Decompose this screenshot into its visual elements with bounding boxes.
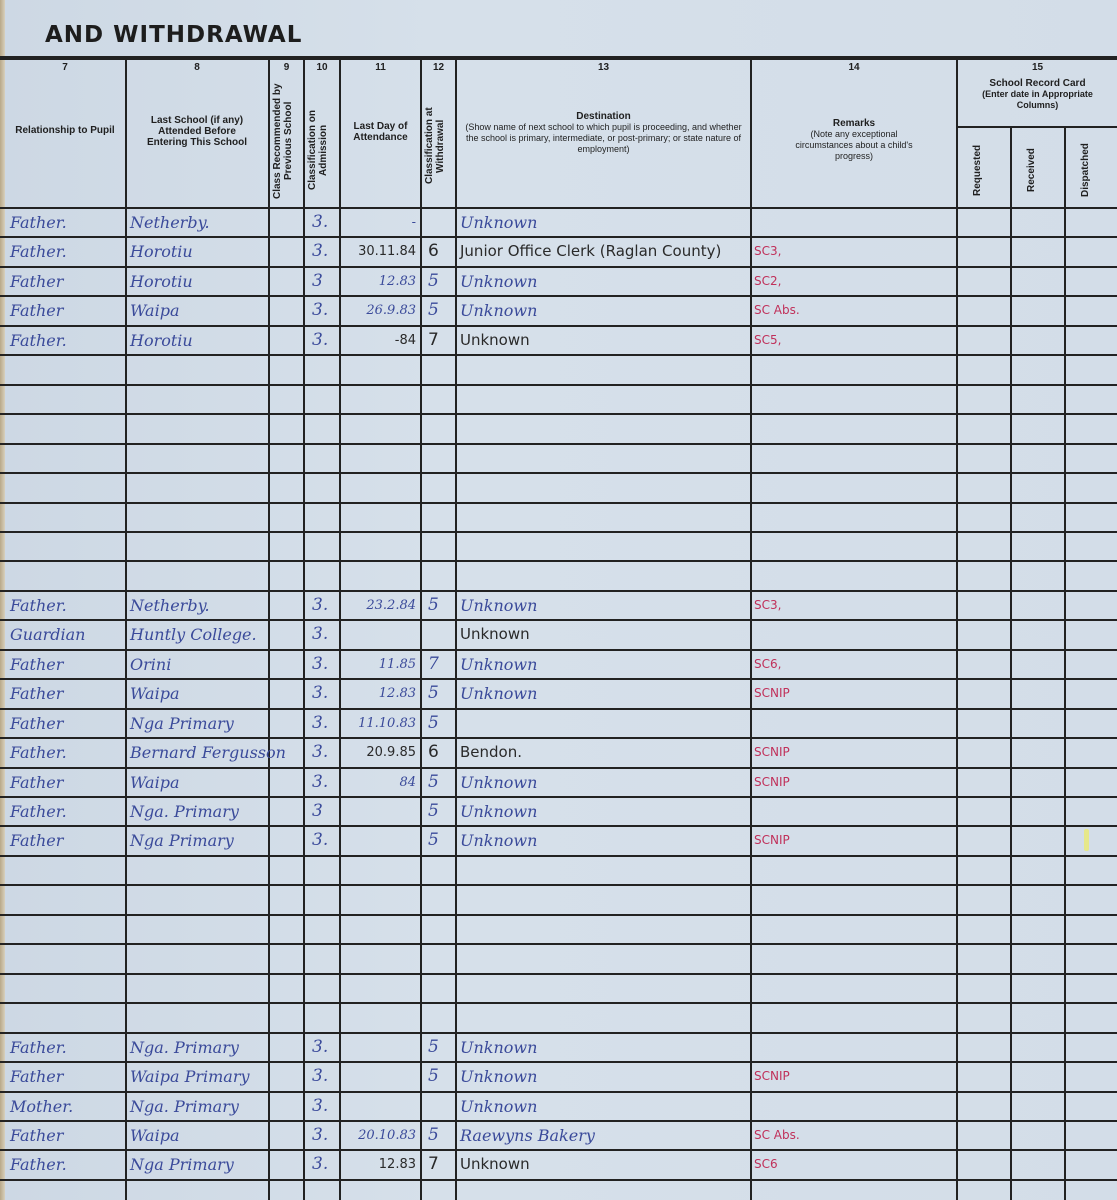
relationship-cell: Father.: [10, 1033, 123, 1062]
remarks-cell: SCNIP: [754, 826, 874, 855]
class-admission-cell: 3.: [312, 237, 338, 266]
destination-cell: [460, 709, 750, 738]
column-rule: [956, 57, 958, 1200]
destination-cell: Unknown: [460, 1092, 750, 1121]
class-admission-cell: 3.: [312, 296, 338, 325]
class-withdrawal-cell: 5: [428, 768, 452, 797]
destination-cell: Unknown: [460, 768, 750, 797]
destination-cell: Unknown: [460, 267, 750, 296]
remarks-cell: SC Abs.: [754, 1121, 874, 1150]
col-11-header: 11 Last Day of Attendance: [341, 62, 420, 143]
col-14-header: 14 Remarks (Note any exceptional circums…: [752, 62, 956, 162]
row-rule: [0, 973, 1117, 975]
col-12-label: Classification at Withdrawal: [424, 92, 454, 200]
last-day-cell: 20.9.85: [342, 738, 416, 767]
column-rule: [125, 57, 127, 1200]
last-day-cell: -84: [342, 326, 416, 355]
last-school-cell: Orini: [130, 650, 280, 679]
last-school-cell: Nga. Primary: [130, 1092, 280, 1121]
class-withdrawal-cell: [428, 1092, 452, 1121]
remarks-cell: [754, 208, 874, 237]
last-day-cell: 11.85: [342, 650, 416, 679]
relationship-cell: Father: [10, 679, 123, 708]
last-day-cell: [342, 1033, 416, 1062]
last-school-cell: Waipa: [130, 296, 280, 325]
class-withdrawal-cell: 5: [428, 679, 452, 708]
remarks-cell: SCNIP: [754, 679, 874, 708]
class-withdrawal-cell: 5: [428, 797, 452, 826]
class-admission-cell: 3.: [312, 1033, 338, 1062]
header-top-rule-2: [0, 58, 1117, 60]
col-15-dispatched-label: Dispatched: [1080, 140, 1104, 200]
class-admission-cell: 3.: [312, 709, 338, 738]
column-rule: [339, 57, 341, 1200]
last-day-cell: 30.11.84: [342, 237, 416, 266]
class-withdrawal-cell: 5: [428, 1062, 452, 1091]
destination-cell: Unknown: [460, 797, 750, 826]
class-withdrawal-cell: 5: [428, 1121, 452, 1150]
remarks-cell: SC Abs.: [754, 296, 874, 325]
row-rule: [0, 914, 1117, 916]
class-admission-cell: 3.: [312, 650, 338, 679]
class-admission-cell: 3.: [312, 738, 338, 767]
remarks-cell: SC5,: [754, 326, 874, 355]
page-binding-edge: [0, 0, 5, 1200]
col-9-label: Class Recommended by Previous School: [272, 80, 302, 202]
class-withdrawal-cell: 7: [428, 326, 452, 355]
relationship-cell: Guardian: [10, 620, 123, 649]
remarks-cell: SC6,: [754, 650, 874, 679]
class-withdrawal-cell: 5: [428, 1033, 452, 1062]
row-rule: [0, 443, 1117, 445]
remarks-cell: [754, 1092, 874, 1121]
relationship-cell: Father.: [10, 1150, 123, 1179]
column-rule: [303, 57, 305, 1200]
last-day-cell: 12.83: [342, 1150, 416, 1179]
destination-cell: Unknown: [460, 650, 750, 679]
last-day-cell: 84: [342, 768, 416, 797]
column-rule: [1010, 126, 1012, 1200]
last-school-cell: Waipa Primary: [130, 1062, 280, 1091]
row-rule: [0, 943, 1117, 945]
relationship-cell: Father: [10, 826, 123, 855]
relationship-cell: Father.: [10, 208, 123, 237]
row-rule: [0, 413, 1117, 415]
last-school-cell: Nga Primary: [130, 709, 280, 738]
last-school-cell: Huntly College.: [130, 620, 280, 649]
destination-cell: Unknown: [460, 296, 750, 325]
row-rule: [0, 560, 1117, 562]
last-day-cell: 23.2.84: [342, 591, 416, 620]
relationship-cell: Father: [10, 267, 123, 296]
last-school-cell: Waipa: [130, 1121, 280, 1150]
relationship-cell: Father.: [10, 738, 123, 767]
last-school-cell: Waipa: [130, 679, 280, 708]
last-school-cell: Horotiu: [130, 267, 280, 296]
remarks-cell: SC3,: [754, 591, 874, 620]
col-12-header: 12: [422, 62, 455, 73]
relationship-cell: Father.: [10, 797, 123, 826]
destination-cell: Bendon.: [460, 738, 750, 767]
class-admission-cell: 3.: [312, 208, 338, 237]
remarks-cell: SCNIP: [754, 768, 874, 797]
highlighter-mark: [1084, 829, 1089, 851]
last-school-cell: Nga Primary: [130, 826, 280, 855]
last-school-cell: Nga. Primary: [130, 1033, 280, 1062]
class-admission-cell: 3.: [312, 326, 338, 355]
class-withdrawal-cell: 5: [428, 591, 452, 620]
col-8-header: 8 Last School (if any) Attended Before E…: [127, 62, 267, 148]
destination-cell: Raewyns Bakery: [460, 1121, 750, 1150]
column-rule: [1064, 126, 1066, 1200]
destination-cell: Unknown: [460, 1150, 750, 1179]
row-rule: [0, 1179, 1117, 1181]
destination-cell: Unknown: [460, 620, 750, 649]
last-school-cell: Horotiu: [130, 237, 280, 266]
last-day-cell: [342, 826, 416, 855]
class-admission-cell: 3.: [312, 620, 338, 649]
col-15-sub-rule: [956, 126, 1117, 128]
class-withdrawal-cell: 7: [428, 650, 452, 679]
row-rule: [0, 884, 1117, 886]
last-school-cell: Bernard Fergusson: [130, 738, 280, 767]
destination-cell: Unknown: [460, 826, 750, 855]
class-withdrawal-cell: 6: [428, 237, 452, 266]
col-15-received-label: Received: [1026, 140, 1050, 200]
class-admission-cell: 3.: [312, 1150, 338, 1179]
relationship-cell: Father: [10, 768, 123, 797]
col-15-header: 15 School Record Card (Enter date in App…: [958, 62, 1117, 111]
class-admission-cell: 3.: [312, 591, 338, 620]
relationship-cell: Father.: [10, 237, 123, 266]
remarks-cell: SCNIP: [754, 738, 874, 767]
remarks-cell: SC2,: [754, 267, 874, 296]
destination-cell: Unknown: [460, 326, 750, 355]
relationship-cell: Father: [10, 296, 123, 325]
last-day-cell: [342, 1062, 416, 1091]
last-day-cell: -: [342, 208, 416, 237]
column-rule: [750, 57, 752, 1200]
destination-cell: Unknown: [460, 591, 750, 620]
relationship-cell: Father: [10, 709, 123, 738]
remarks-cell: [754, 1033, 874, 1062]
class-withdrawal-cell: [428, 620, 452, 649]
class-admission-cell: 3.: [312, 1121, 338, 1150]
class-admission-cell: 3: [312, 797, 338, 826]
class-admission-cell: 3: [312, 267, 338, 296]
row-rule: [0, 502, 1117, 504]
remarks-cell: [754, 797, 874, 826]
last-school-cell: Netherby.: [130, 591, 280, 620]
col-9-header: 9: [270, 62, 303, 73]
col-7-header: 7 Relationship to Pupil: [6, 62, 124, 136]
row-rule: [0, 855, 1117, 857]
remarks-cell: [754, 709, 874, 738]
last-day-cell: 26.9.83: [342, 296, 416, 325]
class-withdrawal-cell: 5: [428, 826, 452, 855]
relationship-cell: Father: [10, 1062, 123, 1091]
remarks-cell: [754, 620, 874, 649]
class-withdrawal-cell: 6: [428, 738, 452, 767]
relationship-cell: Father: [10, 650, 123, 679]
destination-cell: Unknown: [460, 679, 750, 708]
class-admission-cell: 3.: [312, 679, 338, 708]
class-admission-cell: 3.: [312, 826, 338, 855]
last-day-cell: 12.83: [342, 267, 416, 296]
row-rule: [0, 1002, 1117, 1004]
relationship-cell: Father.: [10, 326, 123, 355]
destination-cell: Unknown: [460, 1033, 750, 1062]
page-title: AND WITHDRAWAL: [45, 22, 302, 48]
remarks-cell: SCNIP: [754, 1062, 874, 1091]
class-withdrawal-cell: 5: [428, 709, 452, 738]
class-withdrawal-cell: 5: [428, 296, 452, 325]
class-admission-cell: 3.: [312, 1092, 338, 1121]
destination-cell: Junior Office Clerk (Raglan County): [460, 237, 750, 266]
relationship-cell: Father.: [10, 591, 123, 620]
relationship-cell: Father: [10, 1121, 123, 1150]
col-15-requested-label: Requested: [972, 140, 996, 200]
class-admission-cell: 3.: [312, 768, 338, 797]
class-withdrawal-cell: 5: [428, 267, 452, 296]
col-10-label: Classification on Admission: [307, 100, 337, 200]
row-rule: [0, 384, 1117, 386]
last-day-cell: 12.83: [342, 679, 416, 708]
last-school-cell: Horotiu: [130, 326, 280, 355]
remarks-cell: SC6: [754, 1150, 874, 1179]
last-school-cell: Nga Primary: [130, 1150, 280, 1179]
col-10-header: 10: [305, 62, 339, 73]
last-day-cell: 11.10.83: [342, 709, 416, 738]
last-school-cell: Nga. Primary: [130, 797, 280, 826]
register-page: AND WITHDRAWAL 7 Relationship to Pupil 8…: [0, 0, 1117, 1200]
class-withdrawal-cell: 7: [428, 1150, 452, 1179]
destination-cell: Unknown: [460, 1062, 750, 1091]
relationship-cell: Mother.: [10, 1092, 123, 1121]
col-13-header: 13 Destination (Show name of next school…: [457, 62, 750, 155]
last-school-cell: Netherby.: [130, 208, 280, 237]
last-school-cell: Waipa: [130, 768, 280, 797]
last-day-cell: [342, 620, 416, 649]
row-rule: [0, 472, 1117, 474]
last-day-cell: [342, 1092, 416, 1121]
destination-cell: Unknown: [460, 208, 750, 237]
last-day-cell: [342, 797, 416, 826]
last-day-cell: 20.10.83: [342, 1121, 416, 1150]
remarks-cell: SC3,: [754, 237, 874, 266]
column-rule: [455, 57, 457, 1200]
column-rule: [420, 57, 422, 1200]
row-rule: [0, 531, 1117, 533]
class-withdrawal-cell: [428, 208, 452, 237]
class-admission-cell: 3.: [312, 1062, 338, 1091]
